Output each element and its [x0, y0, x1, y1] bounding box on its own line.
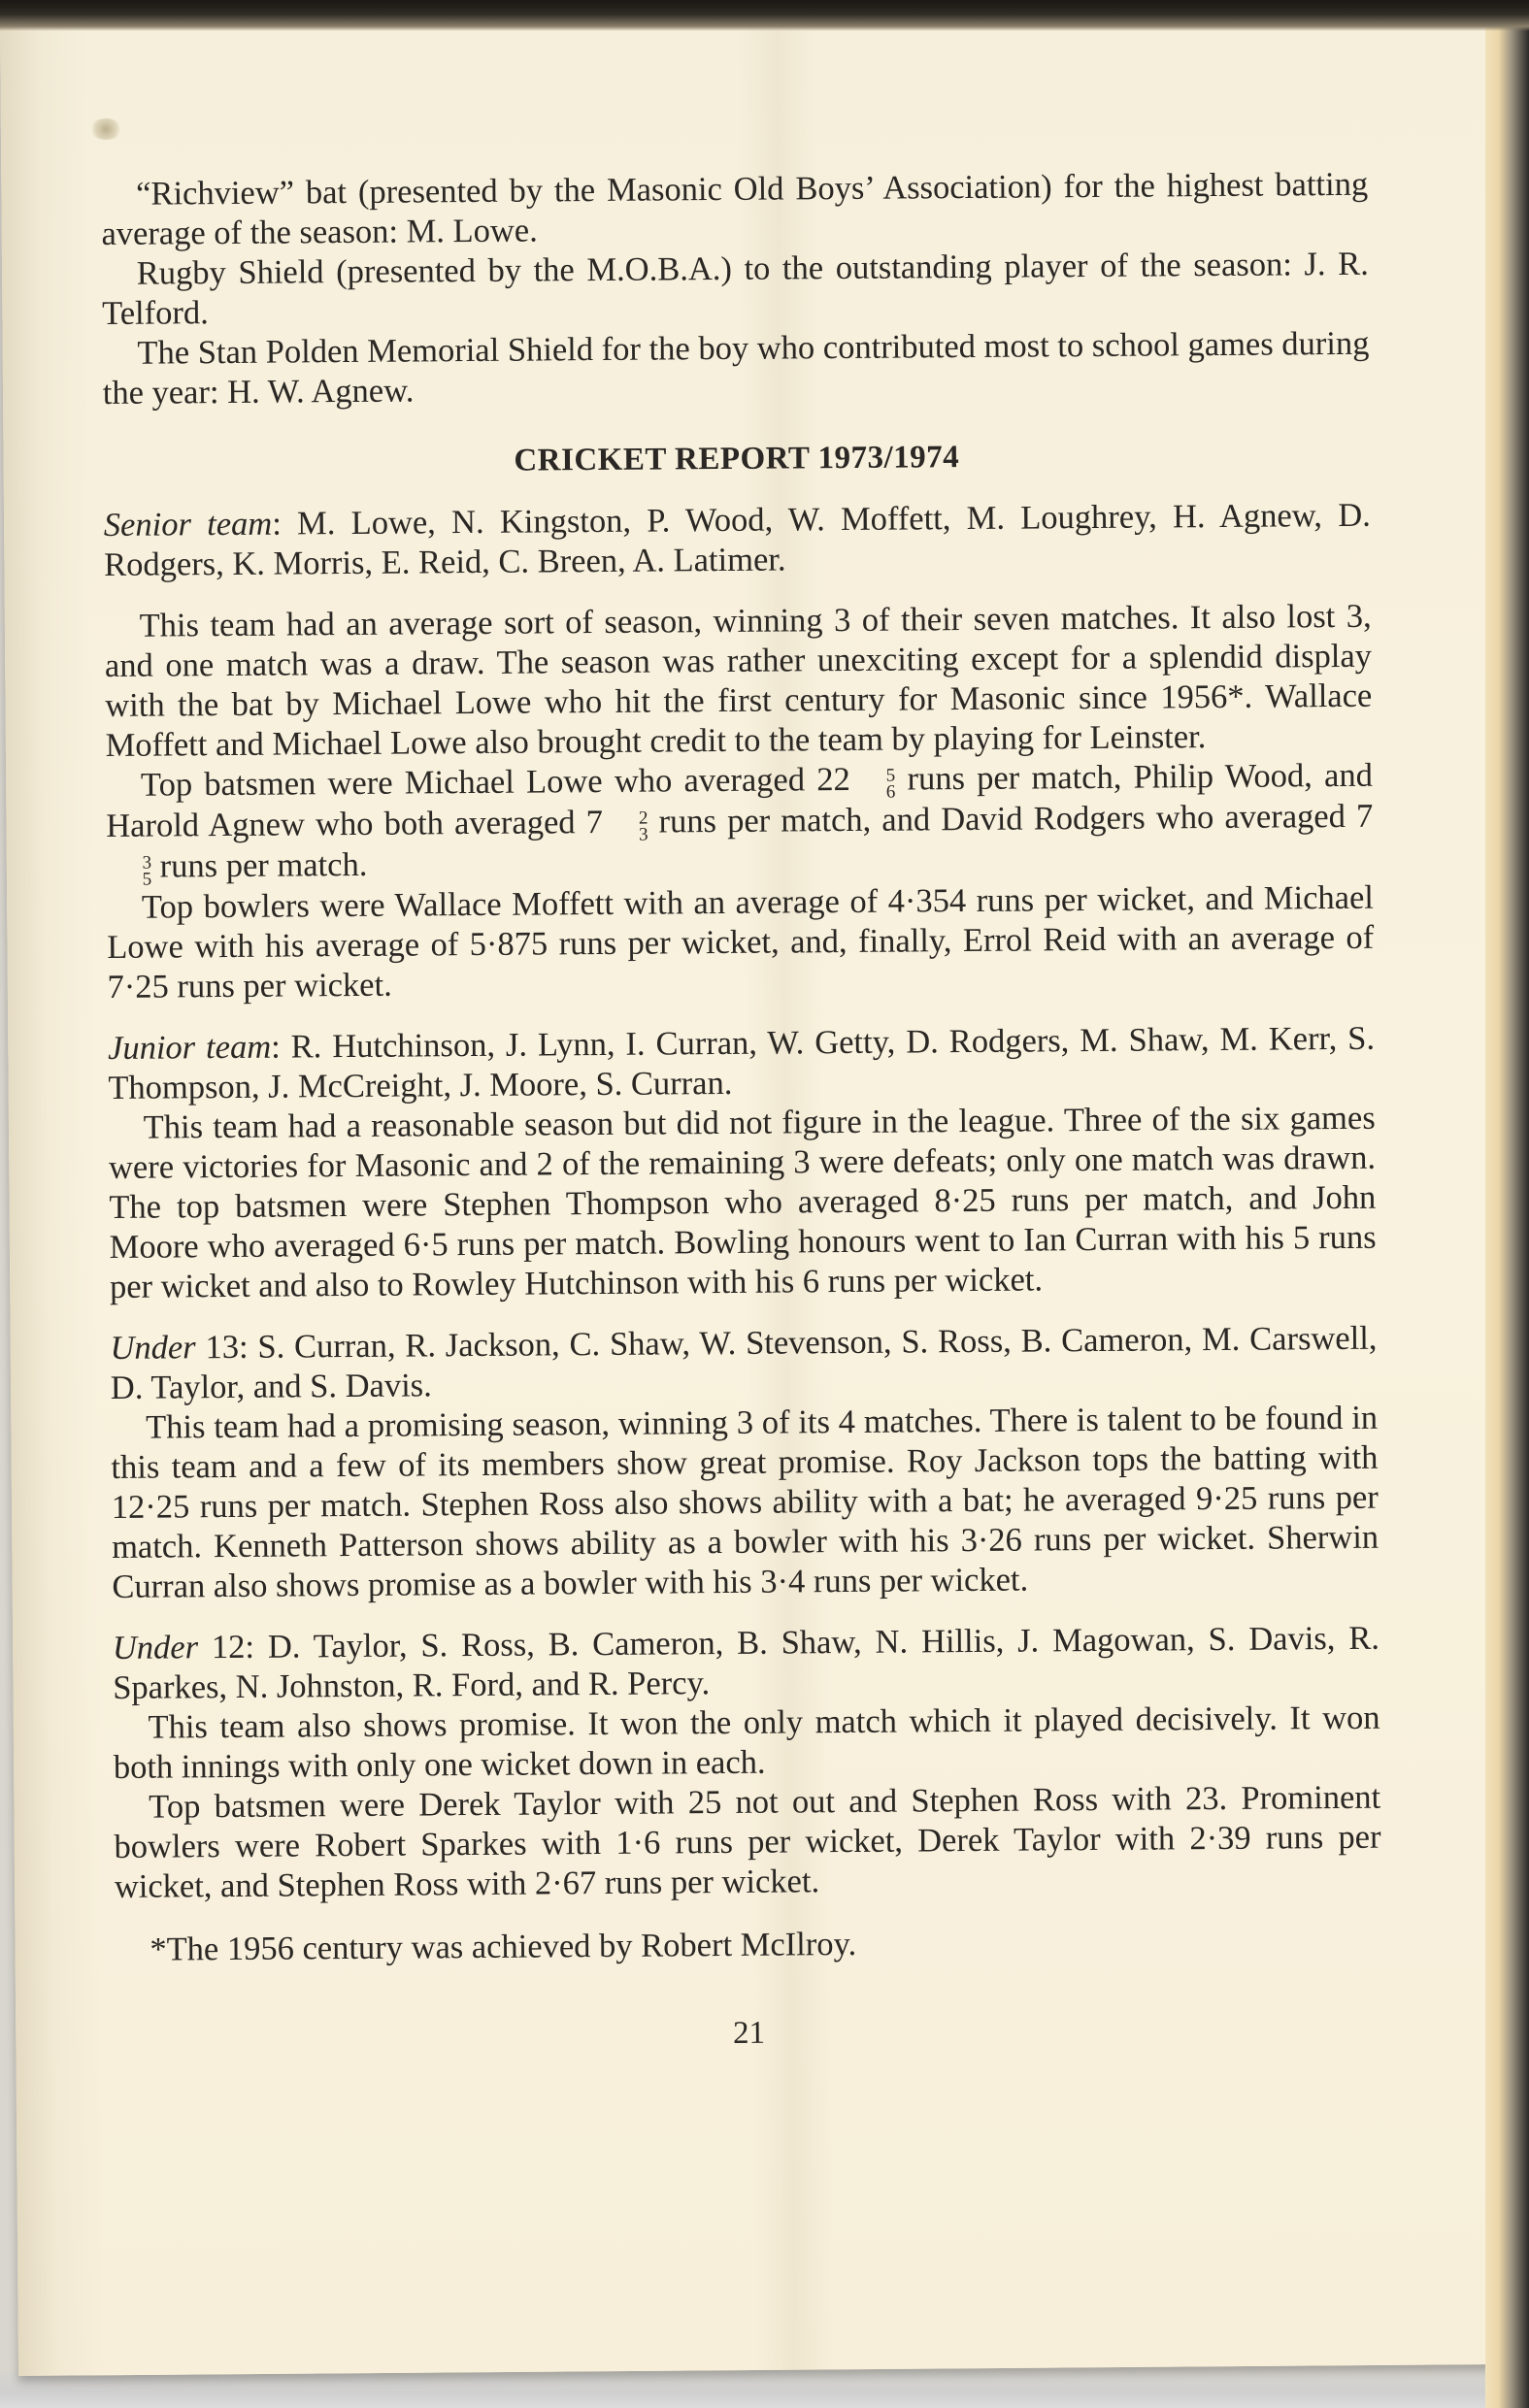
- senior-team-roster: Senior team: M. Lowe, N. Kingston, P. Wo…: [104, 496, 1372, 585]
- junior-team-summary: This team had a reasonable season but di…: [109, 1099, 1378, 1307]
- senior-team-names: : M. Lowe, N. Kingston, P. Wood, W. Moff…: [104, 497, 1371, 583]
- under12-team-performers: Top batsmen were Derek Taylor with 25 no…: [114, 1778, 1381, 1907]
- page-content: “Richview” bat (presented by the Masonic…: [101, 165, 1382, 2059]
- fraction: 23: [604, 810, 648, 843]
- award-rugby-shield: Rugby Shield (presented by the M.O.B.A.)…: [102, 245, 1370, 334]
- scan-top-shadow: [0, 0, 1529, 31]
- senior-team-batsmen: Top batsmen were Michael Lowe who averag…: [106, 756, 1374, 888]
- under13-team-label: Under: [110, 1329, 195, 1367]
- junior-team-roster: Junior team: R. Hutchinson, J. Lynn, I. …: [108, 1019, 1376, 1108]
- junior-team-names: : R. Hutchinson, J. Lynn, I. Curran, W. …: [108, 1020, 1375, 1106]
- report-title: CRICKET REPORT 1973/1974: [103, 435, 1370, 484]
- senior-team-label: Senior team: [104, 506, 273, 544]
- under13-team-names: 13: S. Curran, R. Jackson, C. Shaw, W. S…: [111, 1320, 1378, 1406]
- under13-team-summary: This team had a promising season, winnin…: [111, 1399, 1379, 1607]
- paper-stain: [89, 118, 122, 140]
- senior-team-summary: This team had an average sort of season,…: [104, 597, 1372, 766]
- scan-background: [0, 2369, 1529, 2408]
- page-right-edge: [1485, 0, 1529, 2408]
- junior-team-label: Junior team: [108, 1029, 271, 1067]
- under13-team-roster: Under 13: S. Curran, R. Jackson, C. Shaw…: [110, 1319, 1378, 1408]
- footnote: *The 1956 century was achieved by Robert…: [115, 1921, 1381, 1970]
- award-richview-bat: “Richview” bat (presented by the Masonic…: [101, 165, 1369, 254]
- under12-team-summary: This team also shows promise. It won the…: [113, 1699, 1380, 1788]
- under12-team-roster: Under 12: D. Taylor, S. Ross, B. Cameron…: [113, 1619, 1380, 1708]
- under12-team-label: Under: [113, 1629, 198, 1666]
- under12-team-names: 12: D. Taylor, S. Ross, B. Cameron, B. S…: [113, 1620, 1379, 1706]
- fraction: 35: [108, 855, 152, 888]
- award-stan-polden-shield: The Stan Polden Memorial Shield for the …: [102, 324, 1370, 413]
- fraction: 56: [851, 768, 896, 801]
- senior-team-bowlers: Top bowlers were Wallace Moffett with an…: [107, 878, 1375, 1007]
